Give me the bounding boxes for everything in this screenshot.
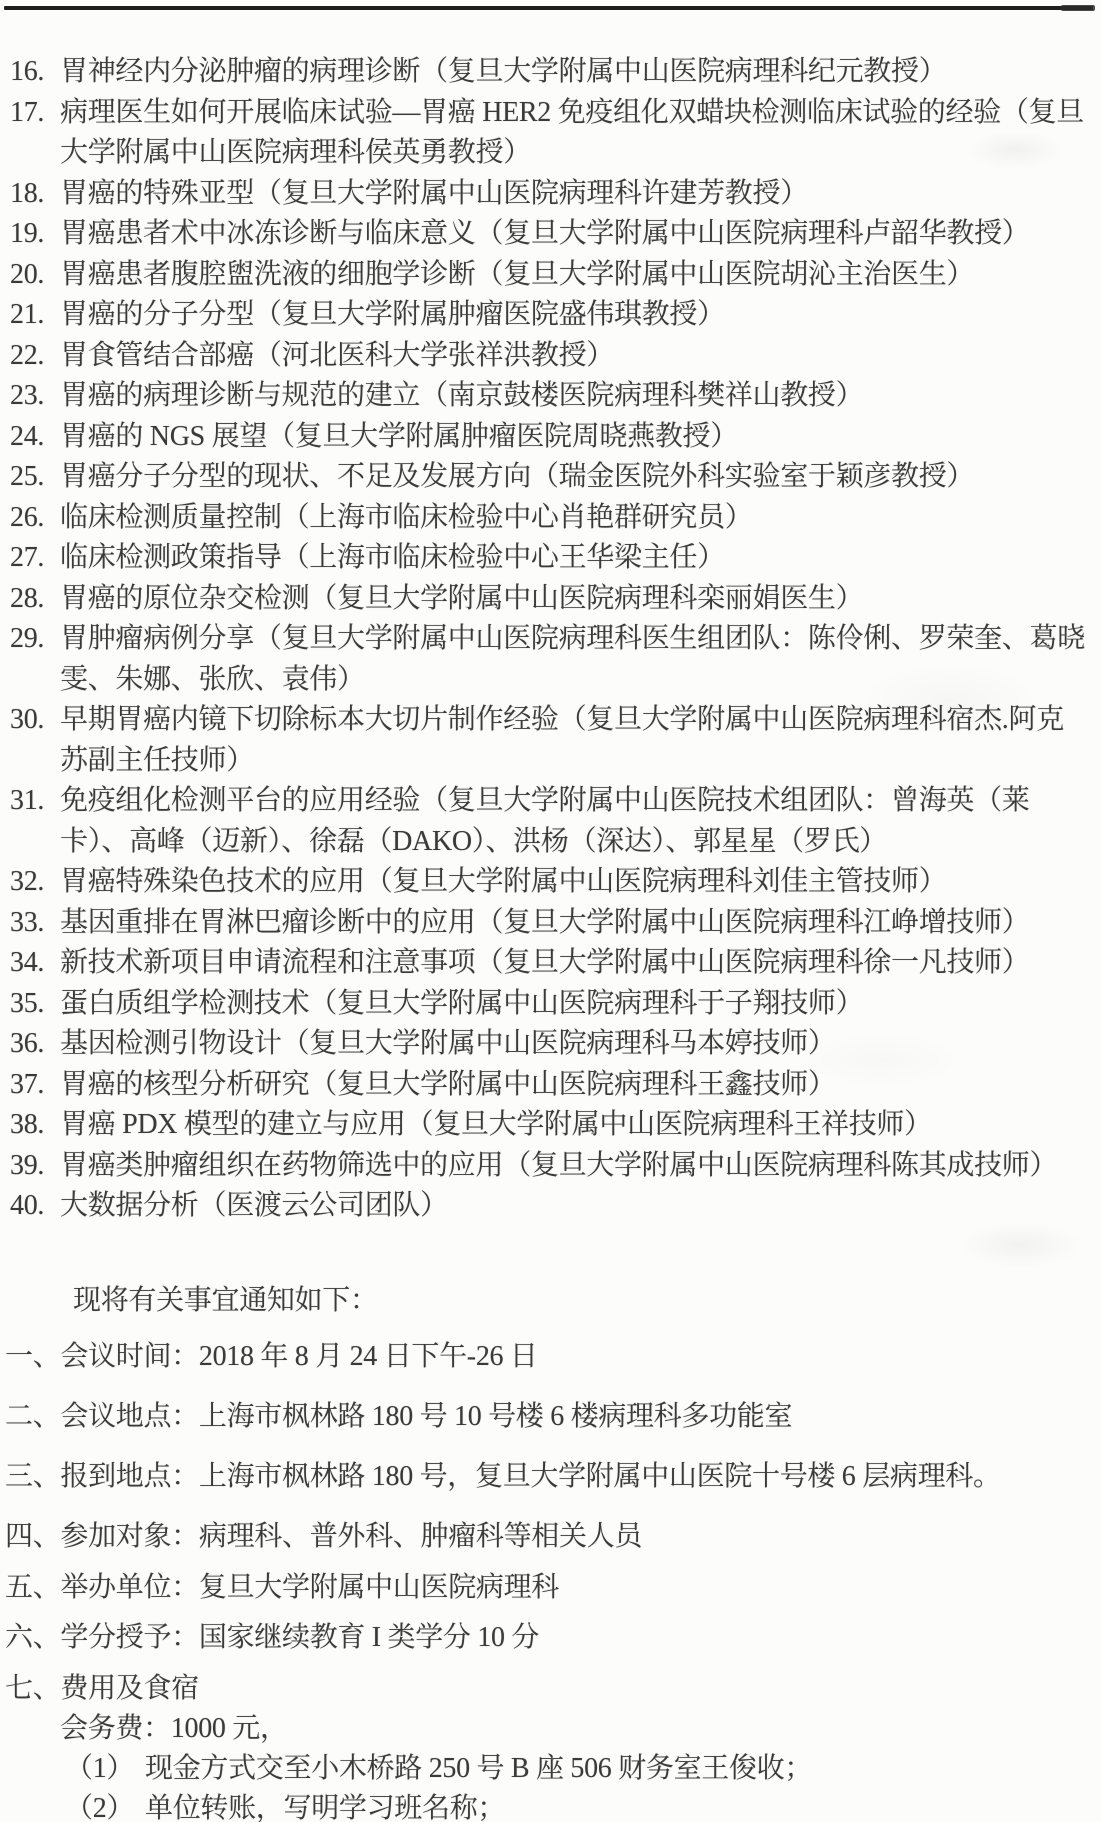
list-item: 28. 胃癌的原位杂交检测（复旦大学附属中山医院病理科栾丽娟医生） bbox=[0, 579, 1101, 620]
item-number: 17. bbox=[10, 93, 60, 134]
item-number: 35. bbox=[10, 984, 60, 1025]
list-item: 38. 胃癌 PDX 模型的建立与应用（复旦大学附属中山医院病理科王祥技师） bbox=[0, 1105, 1101, 1146]
list-item: 23. 胃癌的病理诊断与规范的建立（南京鼓楼医院病理科樊祥山教授） bbox=[0, 376, 1101, 417]
item-number: 21. bbox=[10, 295, 60, 336]
item-number: 30. bbox=[10, 700, 60, 741]
list-item: 22. 胃食管结合部癌（河北医科大学张祥洪教授） bbox=[0, 336, 1101, 377]
item-number: 36. bbox=[10, 1024, 60, 1065]
item-text: 胃癌分子分型的现状、不足及发展方向（瑞金医院外科实验室于颖彦教授） bbox=[60, 457, 1101, 498]
item-number: 31. bbox=[10, 781, 60, 822]
item-number: 22. bbox=[10, 336, 60, 377]
list-item: 24. 胃癌的 NGS 展望（复旦大学附属肿瘤医院周晓燕教授） bbox=[0, 417, 1101, 458]
item-number: 24. bbox=[10, 417, 60, 458]
page-top-rule bbox=[4, 6, 1093, 10]
item-text: 胃癌的分子分型（复旦大学附属肿瘤医院盛伟琪教授） bbox=[60, 295, 1101, 336]
list-item: 30. 早期胃癌内镜下切除标本大切片制作经验（复旦大学附属中山医院病理科宿杰.阿… bbox=[0, 700, 1101, 781]
item-number: 34. bbox=[10, 943, 60, 984]
list-item: 20. 胃癌患者腹腔盥洗液的细胞学诊断（复旦大学附属中山医院胡沁主治医生） bbox=[0, 255, 1101, 296]
item-number: 37. bbox=[10, 1065, 60, 1106]
item-text: 病理医生如何开展临床试验—胃癌 HER2 免疫组化双蜡块检测临床试验的经验（复旦… bbox=[60, 93, 1101, 174]
list-item: 五、 举办单位：复旦大学附属中山医院病理科 bbox=[0, 1568, 1101, 1608]
item-number: 二、 bbox=[5, 1397, 60, 1437]
item-number: 28. bbox=[10, 579, 60, 620]
item-number: 七、 bbox=[5, 1669, 60, 1709]
item-number: （1） bbox=[65, 1749, 145, 1789]
item-number: 18. bbox=[10, 174, 60, 215]
list-item: （1） 现金方式交至小木桥路 250 号 B 座 506 财务室王俊收； bbox=[0, 1749, 1101, 1789]
item-text: 胃癌类肿瘤组织在药物筛选中的应用（复旦大学附属中山医院病理科陈其成技师） bbox=[60, 1146, 1101, 1187]
item-text: 胃神经内分泌肿瘤的病理诊断（复旦大学附属中山医院病理科纪元教授） bbox=[60, 52, 1101, 93]
item-number: 三、 bbox=[5, 1457, 60, 1497]
fee-items: （1） 现金方式交至小木桥路 250 号 B 座 506 财务室王俊收； （2）… bbox=[0, 1749, 1101, 1822]
item-text: 单位转账，写明学习班名称； bbox=[145, 1789, 1101, 1822]
item-text: 胃癌患者腹腔盥洗液的细胞学诊断（复旦大学附属中山医院胡沁主治医生） bbox=[60, 255, 1101, 296]
list-item: 31. 免疫组化检测平台的应用经验（复旦大学附属中山医院技术组团队：曾海英（莱卡… bbox=[0, 781, 1101, 862]
list-item: 一、 会议时间：2018 年 8 月 24 日下午-26 日 bbox=[0, 1337, 1101, 1377]
list-item: 三、 报到地点：上海市枫林路 180 号，复旦大学附属中山医院十号楼 6 层病理… bbox=[0, 1457, 1101, 1497]
item-text: 临床检测质量控制（上海市临床检验中心肖艳群研究员） bbox=[60, 498, 1101, 539]
item-text: 胃癌的核型分析研究（复旦大学附属中山医院病理科王鑫技师） bbox=[60, 1065, 1101, 1106]
item-text: 早期胃癌内镜下切除标本大切片制作经验（复旦大学附属中山医院病理科宿杰.阿克苏副主… bbox=[60, 700, 1101, 781]
item-number: 五、 bbox=[5, 1568, 60, 1608]
list-item: （2） 单位转账，写明学习班名称； bbox=[0, 1789, 1101, 1822]
item-text: 胃癌的原位杂交检测（复旦大学附属中山医院病理科栾丽娟医生） bbox=[60, 579, 1101, 620]
list-item: 36. 基因检测引物设计（复旦大学附属中山医院病理科马本婷技师） bbox=[0, 1024, 1101, 1065]
scanned-notice-page: 16. 胃神经内分泌肿瘤的病理诊断（复旦大学附属中山医院病理科纪元教授） 17.… bbox=[0, 0, 1101, 1822]
item-number: 26. bbox=[10, 498, 60, 539]
list-item: 27. 临床检测政策指导（上海市临床检验中心王华梁主任） bbox=[0, 538, 1101, 579]
item-number: 20. bbox=[10, 255, 60, 296]
item-text: 胃癌的 NGS 展望（复旦大学附属肿瘤医院周晓燕教授） bbox=[60, 417, 1101, 458]
item-number: 39. bbox=[10, 1146, 60, 1187]
item-number: 一、 bbox=[5, 1337, 60, 1377]
item-text: 蛋白质组学检测技术（复旦大学附属中山医院病理科于子翔技师） bbox=[60, 984, 1101, 1025]
list-item: 七、 费用及食宿 bbox=[0, 1669, 1101, 1709]
list-item: 二、 会议地点：上海市枫林路 180 号 10 号楼 6 楼病理科多功能室 bbox=[0, 1397, 1101, 1437]
item-number: 25. bbox=[10, 457, 60, 498]
list-item: 35. 蛋白质组学检测技术（复旦大学附属中山医院病理科于子翔技师） bbox=[0, 984, 1101, 1025]
item-text: 基因检测引物设计（复旦大学附属中山医院病理科马本婷技师） bbox=[60, 1024, 1101, 1065]
item-text: 举办单位：复旦大学附属中山医院病理科 bbox=[60, 1568, 1101, 1608]
list-item: 32. 胃癌特殊染色技术的应用（复旦大学附属中山医院病理科刘佳主管技师） bbox=[0, 862, 1101, 903]
item-number: 32. bbox=[10, 862, 60, 903]
list-item: 17. 病理医生如何开展临床试验—胃癌 HER2 免疫组化双蜡块检测临床试验的经… bbox=[0, 93, 1101, 174]
item-text: 报到地点：上海市枫林路 180 号，复旦大学附属中山医院十号楼 6 层病理科。 bbox=[60, 1457, 1101, 1497]
item-text: 免疫组化检测平台的应用经验（复旦大学附属中山医院技术组团队：曾海英（莱卡）、高峰… bbox=[60, 781, 1101, 862]
notice-details: 一、 会议时间：2018 年 8 月 24 日下午-26 日 二、 会议地点：上… bbox=[0, 1337, 1101, 1709]
item-text: 基因重排在胃淋巴瘤诊断中的应用（复旦大学附属中山医院病理科江峥增技师） bbox=[60, 903, 1101, 944]
list-item: 六、 学分授予：国家继续教育 I 类学分 10 分 bbox=[0, 1618, 1101, 1658]
item-text: 会议时间：2018 年 8 月 24 日下午-26 日 bbox=[60, 1337, 1101, 1377]
item-text: 胃癌的病理诊断与规范的建立（南京鼓楼医院病理科樊祥山教授） bbox=[60, 376, 1101, 417]
fee-line: 会务费：1000 元， bbox=[0, 1709, 1101, 1749]
list-item: 29. 胃肿瘤病例分享（复旦大学附属中山医院病理科医生组团队：陈伶俐、罗荣奎、葛… bbox=[0, 619, 1101, 700]
list-item: 26. 临床检测质量控制（上海市临床检验中心肖艳群研究员） bbox=[0, 498, 1101, 539]
item-number: 33. bbox=[10, 903, 60, 944]
item-text: 参加对象：病理科、普外科、肿瘤科等相关人员 bbox=[60, 1517, 1101, 1557]
item-number: 19. bbox=[10, 214, 60, 255]
item-text: 胃癌的特殊亚型（复旦大学附属中山医院病理科许建芳教授） bbox=[60, 174, 1101, 215]
item-text: 新技术新项目申请流程和注意事项（复旦大学附属中山医院病理科徐一凡技师） bbox=[60, 943, 1101, 984]
item-text: 胃肿瘤病例分享（复旦大学附属中山医院病理科医生组团队：陈伶俐、罗荣奎、葛晓雯、朱… bbox=[60, 619, 1101, 700]
item-text: 费用及食宿 bbox=[60, 1669, 1101, 1709]
item-number: 29. bbox=[10, 619, 60, 660]
item-text: 大数据分析（医渡云公司团队） bbox=[60, 1186, 1101, 1227]
list-item: 四、 参加对象：病理科、普外科、肿瘤科等相关人员 bbox=[0, 1517, 1101, 1557]
item-number: 六、 bbox=[5, 1618, 60, 1658]
list-item: 39. 胃癌类肿瘤组织在药物筛选中的应用（复旦大学附属中山医院病理科陈其成技师） bbox=[0, 1146, 1101, 1187]
item-text: 胃癌患者术中冰冻诊断与临床意义（复旦大学附属中山医院病理科卢韶华教授） bbox=[60, 214, 1101, 255]
list-item: 21. 胃癌的分子分型（复旦大学附属肿瘤医院盛伟琪教授） bbox=[0, 295, 1101, 336]
item-text: 胃癌特殊染色技术的应用（复旦大学附属中山医院病理科刘佳主管技师） bbox=[60, 862, 1101, 903]
item-text: 会议地点：上海市枫林路 180 号 10 号楼 6 楼病理科多功能室 bbox=[60, 1397, 1101, 1437]
item-number: 38. bbox=[10, 1105, 60, 1146]
item-text: 胃食管结合部癌（河北医科大学张祥洪教授） bbox=[60, 336, 1101, 377]
list-item: 18. 胃癌的特殊亚型（复旦大学附属中山医院病理科许建芳教授） bbox=[0, 174, 1101, 215]
item-number: 23. bbox=[10, 376, 60, 417]
list-item: 19. 胃癌患者术中冰冻诊断与临床意义（复旦大学附属中山医院病理科卢韶华教授） bbox=[0, 214, 1101, 255]
item-number: 四、 bbox=[5, 1517, 60, 1557]
notice-intro: 现将有关事宜通知如下： bbox=[0, 1281, 1101, 1321]
item-number: 16. bbox=[10, 52, 60, 93]
item-text: 临床检测政策指导（上海市临床检验中心王华梁主任） bbox=[60, 538, 1101, 579]
item-number: 27. bbox=[10, 538, 60, 579]
lecture-list: 16. 胃神经内分泌肿瘤的病理诊断（复旦大学附属中山医院病理科纪元教授） 17.… bbox=[0, 0, 1101, 1227]
item-text: 胃癌 PDX 模型的建立与应用（复旦大学附属中山医院病理科王祥技师） bbox=[60, 1105, 1101, 1146]
list-item: 16. 胃神经内分泌肿瘤的病理诊断（复旦大学附属中山医院病理科纪元教授） bbox=[0, 52, 1101, 93]
item-number: （2） bbox=[65, 1789, 145, 1822]
item-text: 学分授予：国家继续教育 I 类学分 10 分 bbox=[60, 1618, 1101, 1658]
list-item: 37. 胃癌的核型分析研究（复旦大学附属中山医院病理科王鑫技师） bbox=[0, 1065, 1101, 1106]
item-text: 现金方式交至小木桥路 250 号 B 座 506 财务室王俊收； bbox=[145, 1749, 1101, 1789]
list-item: 33. 基因重排在胃淋巴瘤诊断中的应用（复旦大学附属中山医院病理科江峥增技师） bbox=[0, 903, 1101, 944]
list-item: 34. 新技术新项目申请流程和注意事项（复旦大学附属中山医院病理科徐一凡技师） bbox=[0, 943, 1101, 984]
item-number: 40. bbox=[10, 1186, 60, 1227]
list-item: 25. 胃癌分子分型的现状、不足及发展方向（瑞金医院外科实验室于颖彦教授） bbox=[0, 457, 1101, 498]
list-item: 40. 大数据分析（医渡云公司团队） bbox=[0, 1186, 1101, 1227]
